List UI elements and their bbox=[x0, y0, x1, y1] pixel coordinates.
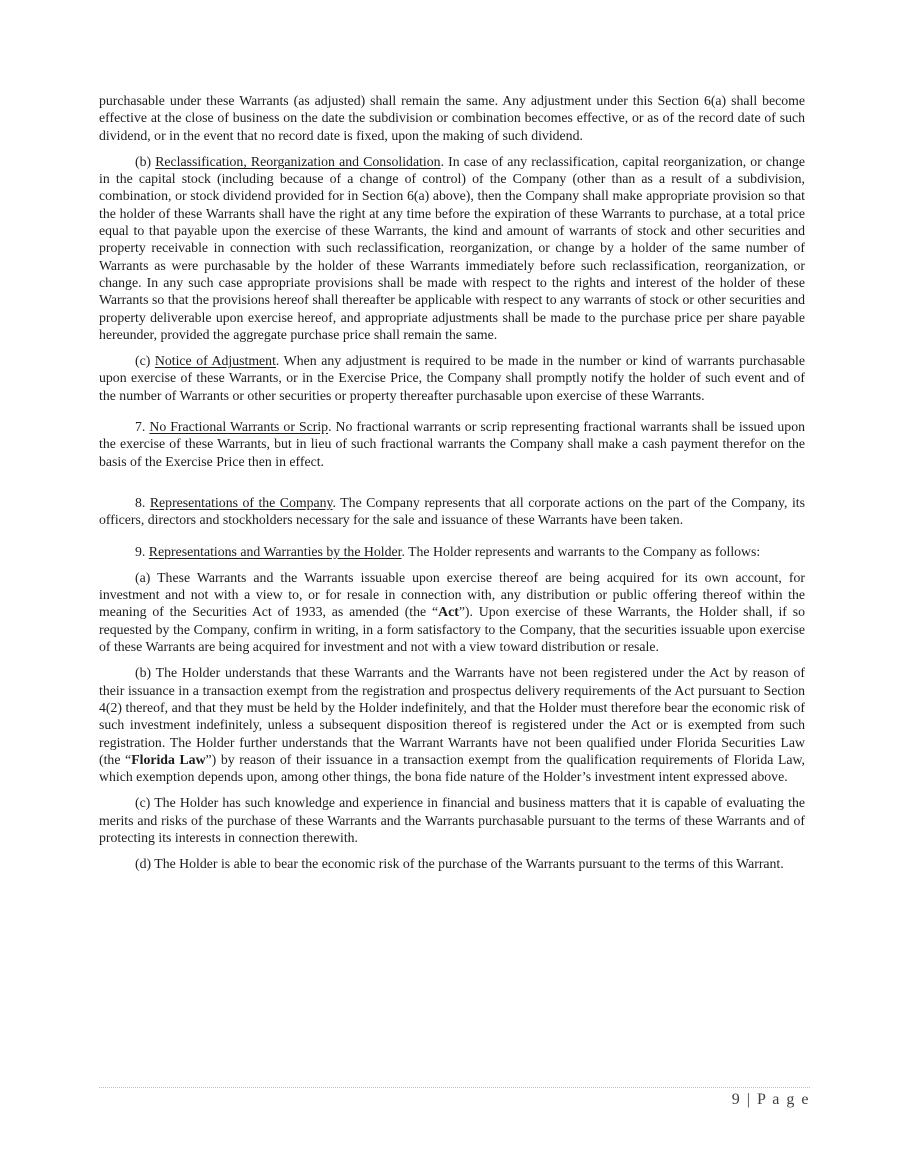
paragraph: (d) The Holder is able to bear the econo… bbox=[99, 855, 805, 872]
text-run: (b) bbox=[135, 154, 155, 169]
paragraph: (b) The Holder understands that these Wa… bbox=[99, 664, 805, 785]
page-footer: 9 | P a g e bbox=[99, 1087, 810, 1109]
paragraph: 7. No Fractional Warrants or Scrip. No f… bbox=[99, 418, 805, 470]
paragraph: (b) Reclassification, Reorganization and… bbox=[99, 153, 805, 343]
underlined-heading: Notice of Adjustment bbox=[155, 353, 276, 368]
bold-term: Florida Law bbox=[131, 752, 205, 767]
text-run: (c) bbox=[135, 353, 155, 368]
text-run: purchasable under these Warrants (as adj… bbox=[99, 93, 805, 143]
footer-divider bbox=[99, 1087, 810, 1088]
text-run: . The Holder represents and warrants to … bbox=[401, 544, 760, 559]
page-number: 9 | P a g e bbox=[99, 1091, 810, 1109]
paragraph: purchasable under these Warrants (as adj… bbox=[99, 92, 805, 144]
document-body: purchasable under these Warrants (as adj… bbox=[99, 92, 805, 873]
text-run: ”) by reason of their issuance in a tran… bbox=[99, 752, 805, 784]
text-run: . In case of any reclassification, capit… bbox=[99, 154, 805, 342]
document-page: purchasable under these Warrants (as adj… bbox=[0, 0, 900, 1172]
underlined-heading: Representations of the Company bbox=[150, 495, 333, 510]
paragraph: 8. Representations of the Company. The C… bbox=[99, 494, 805, 529]
paragraph: (a) These Warrants and the Warrants issu… bbox=[99, 569, 805, 655]
bold-term: Act bbox=[438, 604, 459, 619]
text-run: 9. bbox=[135, 544, 149, 559]
text-run: 7. bbox=[135, 419, 149, 434]
underlined-heading: No Fractional Warrants or Scrip bbox=[149, 419, 328, 434]
paragraph: 9. Representations and Warranties by the… bbox=[99, 543, 805, 560]
paragraph: (c) The Holder has such knowledge and ex… bbox=[99, 794, 805, 846]
paragraph: (c) Notice of Adjustment. When any adjus… bbox=[99, 352, 805, 404]
underlined-heading: Representations and Warranties by the Ho… bbox=[149, 544, 402, 559]
underlined-heading: Reclassification, Reorganization and Con… bbox=[155, 154, 440, 169]
text-run: (d) The Holder is able to bear the econo… bbox=[135, 856, 784, 871]
text-run: 8. bbox=[135, 495, 150, 510]
text-run: (c) The Holder has such knowledge and ex… bbox=[99, 795, 805, 845]
